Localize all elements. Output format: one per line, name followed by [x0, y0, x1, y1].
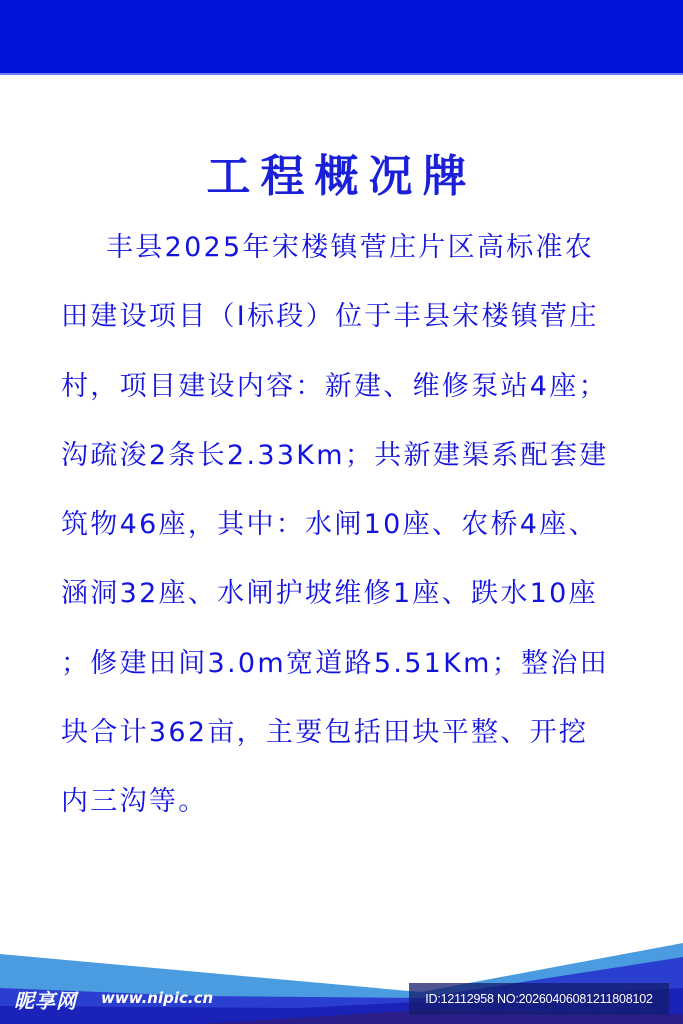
description-line: 丰县2025年宋楼镇菅庄片区高标准农 [61, 226, 617, 295]
description-line: 涵洞32座、水闸护坡维修1座、跌水10座 [61, 572, 617, 641]
sign-title: 工程概况牌 [0, 140, 683, 204]
description-line: 田建设项目（I标段）位于丰县宋楼镇菅庄 [61, 295, 617, 364]
watermark-logo: 昵享网 [14, 985, 77, 1014]
description-line: 内三沟等。 [61, 780, 617, 849]
description-line: 块合计362亩，主要包括田块平整、开挖 [61, 711, 617, 780]
description-line: 沟疏浚2条长2.33Km；共新建渠系配套建 [61, 434, 617, 503]
project-description: 丰县2025年宋楼镇菅庄片区高标准农 田建设项目（I标段）位于丰县宋楼镇菅庄 村… [61, 226, 617, 850]
description-line: ；修建田间3.0m宽道路5.51Km；整治田 [61, 642, 617, 711]
watermark-id-badge: ID:12112958 NO:20260406081211808102 [409, 983, 669, 1015]
top-banner-bar [0, 0, 683, 75]
watermark-url: www.nipic.cn [101, 989, 213, 1007]
description-line: 村，项目建设内容：新建、维修泵站4座； [61, 365, 617, 434]
description-line: 筑物46座，其中：水闸10座、农桥4座、 [61, 503, 617, 572]
